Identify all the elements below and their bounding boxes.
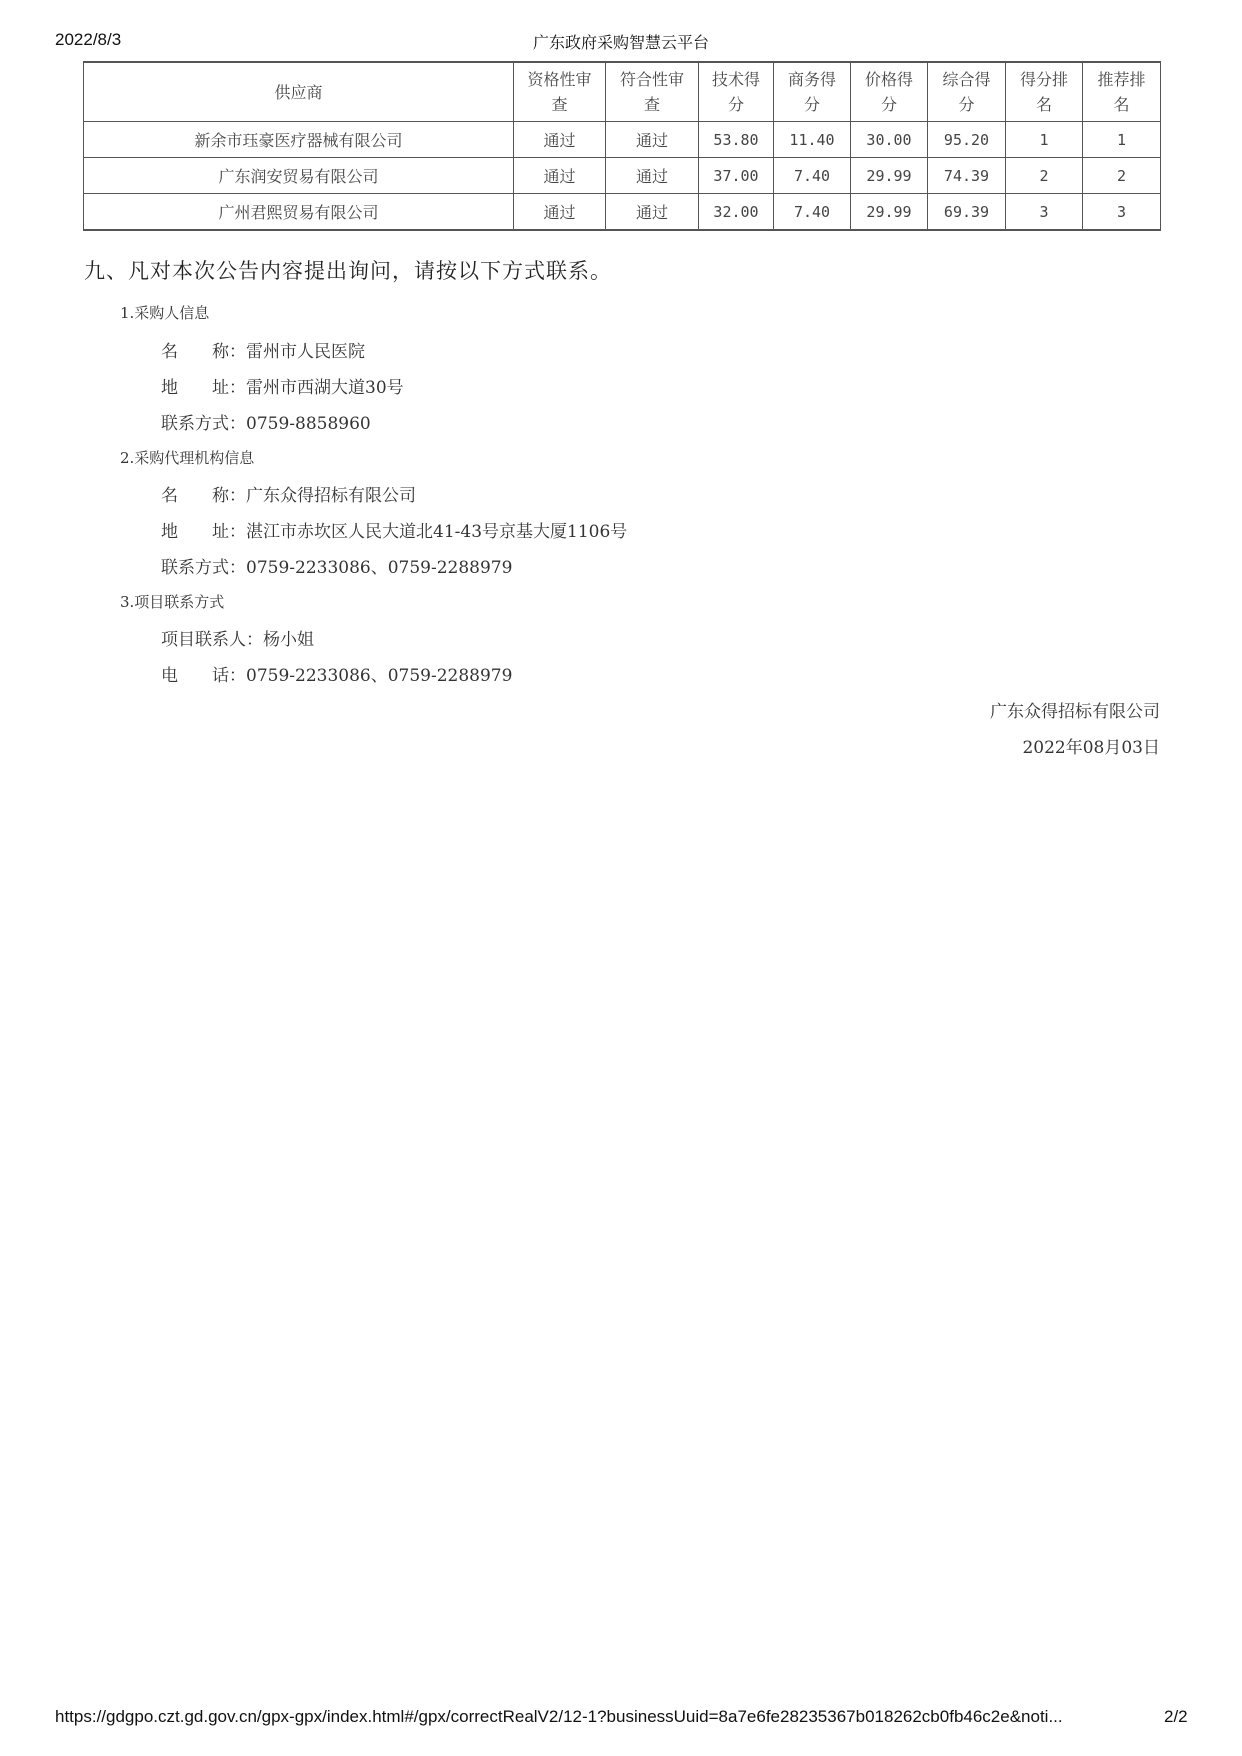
col-business-score: 商务得分 <box>774 62 851 122</box>
section-9-title: 九、凡对本次公告内容提出询问，请按以下方式联系。 <box>84 255 612 285</box>
total-score: 69.39 <box>928 194 1006 231</box>
supplier-name: 广州君熙贸易有限公司 <box>84 194 514 231</box>
table-header-row: 供应商 资格性审查 符合性审查 技术得分 商务得分 价格得分 综合得分 得分排名… <box>84 62 1161 122</box>
score-rank: 2 <box>1006 158 1083 194</box>
col-supplier: 供应商 <box>84 62 514 122</box>
score-table: 供应商 资格性审查 符合性审查 技术得分 商务得分 价格得分 综合得分 得分排名… <box>83 61 1161 231</box>
compliance-result: 通过 <box>606 122 699 158</box>
col-recommend-rank: 推荐排名 <box>1083 62 1161 122</box>
agency-contact: 联系方式：0759-2233086、0759-2288979 <box>161 553 512 578</box>
col-tech-score: 技术得分 <box>699 62 774 122</box>
total-score: 95.20 <box>928 122 1006 158</box>
supplier-name: 广东润安贸易有限公司 <box>84 158 514 194</box>
recommend-rank: 3 <box>1083 194 1161 231</box>
score-rank: 1 <box>1006 122 1083 158</box>
col-total-score: 综合得分 <box>928 62 1006 122</box>
recommend-rank: 2 <box>1083 158 1161 194</box>
qualification-result: 通过 <box>514 122 606 158</box>
col-qualification: 资格性审查 <box>514 62 606 122</box>
supplier-name: 新余市珏豪医疗器械有限公司 <box>84 122 514 158</box>
agency-address: 地 址：湛江市赤坎区人民大道北41-43号京基大厦1106号 <box>161 517 627 542</box>
score-rank: 3 <box>1006 194 1083 231</box>
compliance-result: 通过 <box>606 158 699 194</box>
table-row: 广州君熙贸易有限公司 通过 通过 32.00 7.40 29.99 69.39 … <box>84 194 1161 231</box>
page-header-title: 广东政府采购智慧云平台 <box>0 30 1242 53</box>
tech-score: 53.80 <box>699 122 774 158</box>
tech-score: 37.00 <box>699 158 774 194</box>
table-row: 新余市珏豪医疗器械有限公司 通过 通过 53.80 11.40 30.00 95… <box>84 122 1161 158</box>
business-score: 7.40 <box>774 194 851 231</box>
footer-url: https://gdgpo.czt.gd.gov.cn/gpx-gpx/inde… <box>55 1707 1063 1727</box>
compliance-result: 通过 <box>606 194 699 231</box>
price-score: 30.00 <box>851 122 928 158</box>
business-score: 11.40 <box>774 122 851 158</box>
project-contact-person: 项目联系人：杨小姐 <box>161 625 314 650</box>
business-score: 7.40 <box>774 158 851 194</box>
purchaser-contact: 联系方式：0759-8858960 <box>161 409 371 434</box>
qualification-result: 通过 <box>514 158 606 194</box>
tech-score: 32.00 <box>699 194 774 231</box>
table-row: 广东润安贸易有限公司 通过 通过 37.00 7.40 29.99 74.39 … <box>84 158 1161 194</box>
page-number: 2/2 <box>1164 1707 1188 1727</box>
signature-date: 2022年08月03日 <box>1022 733 1160 758</box>
price-score: 29.99 <box>851 158 928 194</box>
agency-heading: 2.采购代理机构信息 <box>120 447 254 468</box>
price-score: 29.99 <box>851 194 928 231</box>
col-score-rank: 得分排名 <box>1006 62 1083 122</box>
purchaser-name: 名 称：雷州市人民医院 <box>161 337 365 362</box>
purchaser-heading: 1.采购人信息 <box>120 302 209 323</box>
col-price-score: 价格得分 <box>851 62 928 122</box>
qualification-result: 通过 <box>514 194 606 231</box>
project-phone: 电 话：0759-2233086、0759-2288979 <box>161 661 512 686</box>
signature-company: 广东众得招标有限公司 <box>990 697 1160 722</box>
col-compliance: 符合性审查 <box>606 62 699 122</box>
total-score: 74.39 <box>928 158 1006 194</box>
agency-name: 名 称：广东众得招标有限公司 <box>161 481 416 506</box>
purchaser-address: 地 址：雷州市西湖大道30号 <box>161 373 404 398</box>
recommend-rank: 1 <box>1083 122 1161 158</box>
project-heading: 3.项目联系方式 <box>120 591 224 612</box>
